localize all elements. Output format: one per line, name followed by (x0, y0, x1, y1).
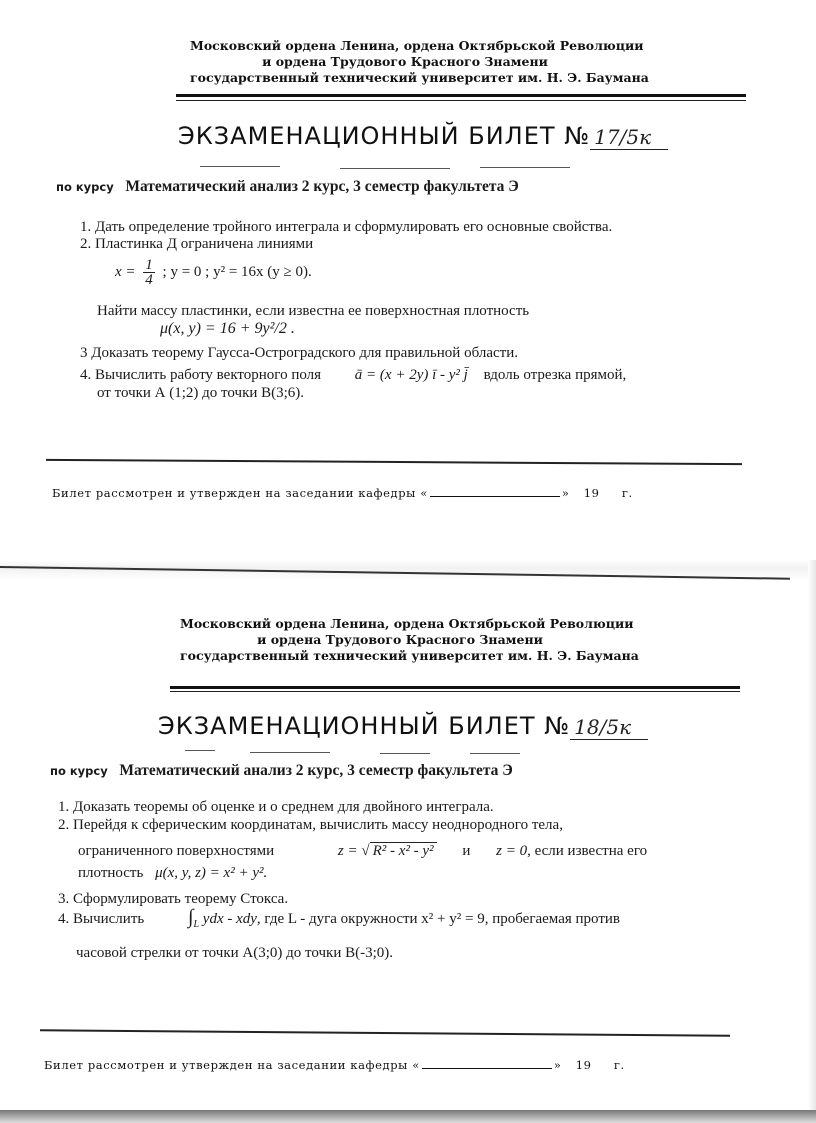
question-text-after: , где L - дуга окружности x² + y² = 9, п… (257, 911, 620, 927)
conjunction: и (462, 843, 470, 859)
question-4: 4. Вычислить работу векторного поля ā = … (80, 366, 626, 384)
header-rule (170, 686, 740, 689)
question-text: Сформулировать теорему Стокса. (73, 891, 288, 907)
fraction: 14 (143, 258, 155, 287)
close-quote: » (562, 486, 570, 500)
ticket-title: ЭКЗАМЕНАЦИОННЫЙ БИЛЕТ №17/5к (178, 122, 668, 150)
question-2: 2. Перейдя к сферическим координатам, вы… (58, 816, 563, 834)
question-2-formula: x = 14 ; y = 0 ; y² = 16x (y ≥ 0). (115, 258, 312, 287)
question-number: 3 (80, 345, 88, 361)
surface-formula-lhs: z = (338, 843, 361, 859)
date-blank (430, 496, 560, 497)
open-quote: « (420, 486, 428, 500)
integrand: ydx - xdy (203, 911, 257, 927)
institution-line-3: государственный технический университет … (180, 648, 620, 664)
institution-line-1: Московский ордена Ленина, ордена Октябрь… (190, 38, 620, 54)
divider (380, 753, 430, 754)
year-suffix: г. (622, 486, 633, 500)
question-text: Перейдя к сферическим координатам, вычис… (73, 817, 563, 833)
question-1: 1. Доказать теоремы об оценке и о средне… (58, 798, 494, 816)
question-text-after: вдоль отрезка прямой, (484, 367, 627, 383)
question-text: плотность (78, 865, 143, 881)
density-formula: μ(x, y, z) = x² + y². (155, 865, 267, 881)
question-2-density: μ(x, y) = 16 + 9y²/2 . (160, 320, 295, 338)
question-4-cont: от точки А (1;2) до точки В(3;6). (97, 384, 304, 402)
approval-line: Билет рассмотрен и утвержден на заседани… (44, 1058, 625, 1072)
sqrt: √R² - x² - y² (361, 842, 436, 859)
approval-text: Билет рассмотрен и утвержден на заседани… (52, 486, 416, 500)
question-text: Дать определение тройного интеграла и сф… (95, 219, 612, 235)
plane-formula: z = 0 (496, 843, 527, 859)
question-4: 4. Вычислить ∫L ydx - xdy, где L - дуга … (58, 908, 620, 934)
question-text: Пластинка Д ограничена линиями (95, 236, 313, 252)
question-2: 2. Пластинка Д ограничена линиями (80, 235, 313, 253)
question-number: 2. (80, 236, 91, 252)
divider (340, 168, 450, 169)
question-number: 4. (80, 367, 91, 383)
course-label: по курсу (50, 764, 108, 778)
divider (480, 167, 570, 168)
question-text: Найти массу пластинки, если известна ее … (97, 303, 529, 319)
question-number: 1. (58, 799, 69, 815)
integral-subscript: L (193, 919, 199, 930)
formula-lhs: x = (115, 264, 136, 280)
question-2-line3: плотность μ(x, y, z) = x² + y². (78, 864, 267, 882)
divider (200, 166, 280, 167)
ticket-title-text: ЭКЗАМЕНАЦИОННЫЙ БИЛЕТ № (178, 122, 590, 150)
header-rule-thin (170, 691, 740, 692)
ticket-18: Московский ордена Ленина, ордена Октябрь… (0, 578, 816, 1123)
page-bottom-edge (0, 1110, 816, 1123)
question-text: Доказать теорему Гаусса-Остроградского д… (91, 345, 518, 361)
density-formula: μ(x, y) = 16 + 9y²/2 . (160, 320, 295, 337)
year-suffix: г. (614, 1058, 625, 1072)
question-2-text: Найти массу пластинки, если известна ее … (97, 302, 529, 320)
vector-formula: ā = (x + 2y) ī - y² j̄ (355, 367, 468, 383)
sqrt-content: R² - x² - y² (370, 842, 437, 859)
close-quote: » (554, 1058, 562, 1072)
divider (185, 750, 215, 751)
approval-line: Билет рассмотрен и утвержден на заседани… (52, 486, 633, 500)
question-text: ограниченного поверхностями (78, 843, 274, 859)
divider (250, 752, 330, 753)
course-name: Математический анализ 2 курс, 3 семестр … (125, 178, 518, 195)
institution-line-2: и ордена Трудового Красного Знамени (190, 54, 620, 70)
institution-line-1: Московский ордена Ленина, ордена Октябрь… (180, 616, 620, 632)
header-rule (176, 94, 746, 97)
approval-text: Билет рассмотрен и утвержден на заседани… (44, 1058, 408, 1072)
year-prefix: 19 (584, 486, 600, 500)
fraction-denominator: 4 (143, 273, 155, 287)
course-label: по курсу (56, 180, 114, 194)
header-rule-thin (176, 100, 746, 101)
formula-rest: ; y = 0 ; y² = 16x (y ≥ 0). (163, 264, 312, 280)
institution-header: Московский ордена Ленина, ордена Октябрь… (190, 38, 620, 86)
fraction-numerator: 1 (143, 258, 155, 273)
question-number: 1. (80, 219, 91, 235)
divider (470, 753, 520, 754)
ticket-title: ЭКЗАМЕНАЦИОННЫЙ БИЛЕТ №18/5к (158, 712, 648, 740)
question-text: Вычислить (73, 911, 144, 927)
institution-line-3: государственный технический университет … (190, 70, 620, 86)
question-3: 3 Доказать теорему Гаусса-Остроградского… (80, 344, 518, 362)
ticket-17: Московский ордена Ленина, ордена Октябрь… (0, 0, 816, 570)
open-quote: « (412, 1058, 420, 1072)
question-3: 3. Сформулировать теорему Стокса. (58, 890, 288, 908)
course-line: по курсу Математический анализ 2 курс, 3… (56, 178, 519, 196)
institution-line-2: и ордена Трудового Красного Знамени (180, 632, 620, 648)
question-text: от точки А (1;2) до точки В(3;6). (97, 385, 304, 401)
question-number: 3. (58, 891, 69, 907)
ticket-number: 17/5к (590, 125, 668, 150)
question-text: Вычислить работу векторного поля (95, 367, 321, 383)
institution-header: Московский ордена Ленина, ордена Октябрь… (180, 616, 620, 664)
question-2-line2: ограниченного поверхностями z = √R² - x²… (78, 842, 647, 860)
footer-rule (40, 1029, 730, 1036)
footer-rule (46, 459, 742, 465)
ticket-title-text: ЭКЗАМЕНАЦИОННЫЙ БИЛЕТ № (158, 712, 570, 740)
course-line: по курсу Математический анализ 2 курс, 3… (50, 762, 513, 780)
question-text-after: , если известна его (527, 843, 647, 859)
year-prefix: 19 (576, 1058, 592, 1072)
question-number: 2. (58, 817, 69, 833)
question-4-cont: часовой стрелки от точки А(3;0) до точки… (76, 944, 393, 962)
course-name: Математический анализ 2 курс, 3 семестр … (119, 762, 512, 779)
question-number: 4. (58, 911, 69, 927)
date-blank (422, 1068, 552, 1069)
question-1: 1. Дать определение тройного интеграла и… (80, 218, 612, 236)
question-text: часовой стрелки от точки А(3;0) до точки… (76, 945, 393, 961)
question-text: Доказать теоремы об оценке и о среднем д… (73, 799, 494, 815)
ticket-number: 18/5к (570, 715, 648, 740)
